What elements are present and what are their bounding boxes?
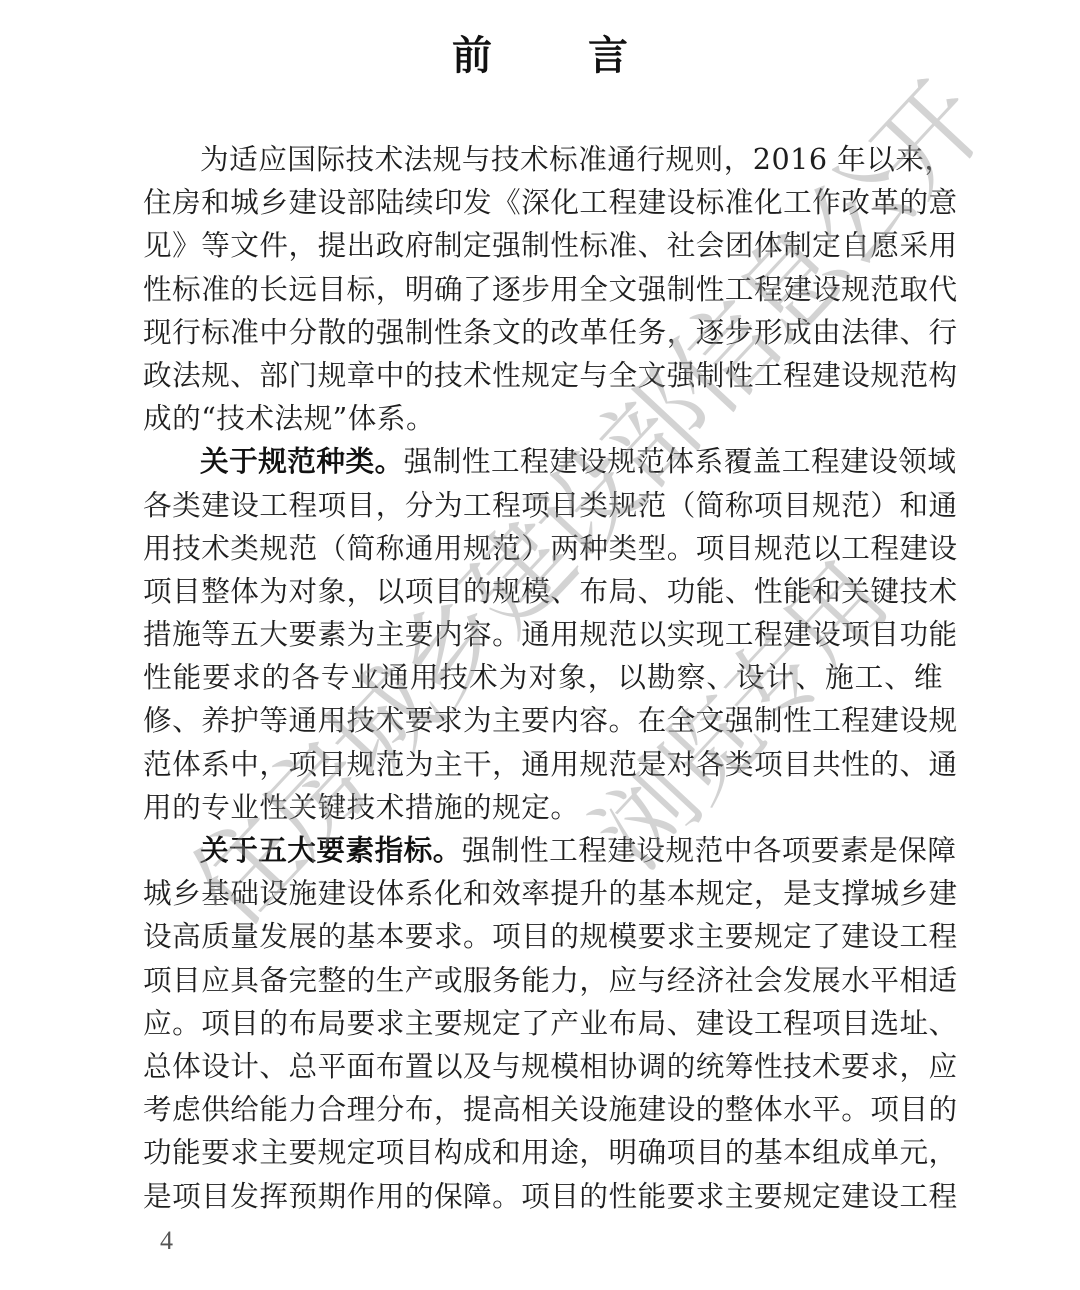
text-line: 应。项目的布局要求主要规定了产业布局、建设工程项目选址、 (143, 1002, 943, 1045)
document-page: 前言 为适应国际技术法规与技术标准通行规则，2016 年以来， 住房和城乡建设部… (0, 0, 1080, 1290)
text-line: 功能要求主要规定项目构成和用途，明确项目的基本组成单元， (143, 1131, 943, 1174)
text-line: 考虑供给能力合理分布，提高相关设施建设的整体水平。项目的 (143, 1088, 943, 1131)
paragraph-five-elements: 关于五大要素指标。强制性工程建设规范中各项要素是保障 城乡基础设施建设体系化和效… (143, 829, 943, 1218)
text-line: 用的专业性关键技术措施的规定。 (143, 786, 943, 829)
paragraph-spec-types: 关于规范种类。强制性工程建设规范体系覆盖工程建设领域 各类建设工程项目，分为工程… (143, 440, 943, 829)
text-line: 范体系中，项目规范为主干，通用规范是对各类项目共性的、通 (143, 743, 943, 786)
text-line: 是项目发挥预期作用的保障。项目的性能要求主要规定建设工程 (143, 1175, 943, 1218)
text-line: 政法规、部门规章中的技术性规定与全文强制性工程建设规范构 (143, 354, 943, 397)
text-line: 关于五大要素指标。强制性工程建设规范中各项要素是保障 (143, 829, 943, 872)
text-line: 项目整体为对象，以项目的规模、布局、功能、性能和关键技术 (143, 570, 943, 613)
paragraph-lead-heading: 关于五大要素指标。 (200, 833, 462, 867)
body-text: 为适应国际技术法规与技术标准通行规则，2016 年以来， 住房和城乡建设部陆续印… (143, 138, 943, 1218)
text-line: 成的“技术法规”体系。 (143, 397, 943, 440)
text-line: 见》等文件，提出政府制定强制性标准、社会团体制定自愿采用 (143, 224, 943, 267)
text-line: 性能要求的各专业通用技术为对象，以勘察、设计、施工、维 (143, 656, 943, 699)
text-line: 措施等五大要素为主要内容。通用规范以实现工程建设项目功能 (143, 613, 943, 656)
text-line-rest: 强制性工程建设规范中各项要素是保障 (462, 833, 957, 867)
text-line: 总体设计、总平面布置以及与规模相协调的统筹性技术要求，应 (143, 1045, 943, 1088)
text-line: 城乡基础设施建设体系化和效率提升的基本规定，是支撑城乡建 (143, 872, 943, 915)
text-line: 修、养护等通用技术要求为主要内容。在全文强制性工程建设规 (143, 699, 943, 742)
text-line-rest: 强制性工程建设规范体系覆盖工程建设领域 (404, 444, 957, 478)
title-char-1: 前 (452, 28, 492, 84)
page-number: 4 (160, 1226, 173, 1256)
text-line: 项目应具备完整的生产或服务能力，应与经济社会发展水平相适 (143, 959, 943, 1002)
title-char-2: 言 (588, 28, 628, 84)
paragraph-lead-heading: 关于规范种类。 (200, 444, 404, 478)
page-title: 前言 (0, 28, 1080, 84)
text-line: 现行标准中分散的强制性条文的改革任务，逐步形成由法律、行 (143, 311, 943, 354)
text-line: 用技术类规范（简称通用规范）两种类型。项目规范以工程建设 (143, 527, 943, 570)
text-line: 性标准的长远目标，明确了逐步用全文强制性工程建设规范取代 (143, 268, 943, 311)
text-line: 各类建设工程项目，分为工程项目类规范（简称项目规范）和通 (143, 484, 943, 527)
text-line: 关于规范种类。强制性工程建设规范体系覆盖工程建设领域 (143, 440, 943, 483)
text-line: 为适应国际技术法规与技术标准通行规则，2016 年以来， (143, 138, 943, 181)
text-line: 住房和城乡建设部陆续印发《深化工程建设标准化工作改革的意 (143, 181, 943, 224)
paragraph-intro: 为适应国际技术法规与技术标准通行规则，2016 年以来， 住房和城乡建设部陆续印… (143, 138, 943, 440)
text-line: 设高质量发展的基本要求。项目的规模要求主要规定了建设工程 (143, 915, 943, 958)
